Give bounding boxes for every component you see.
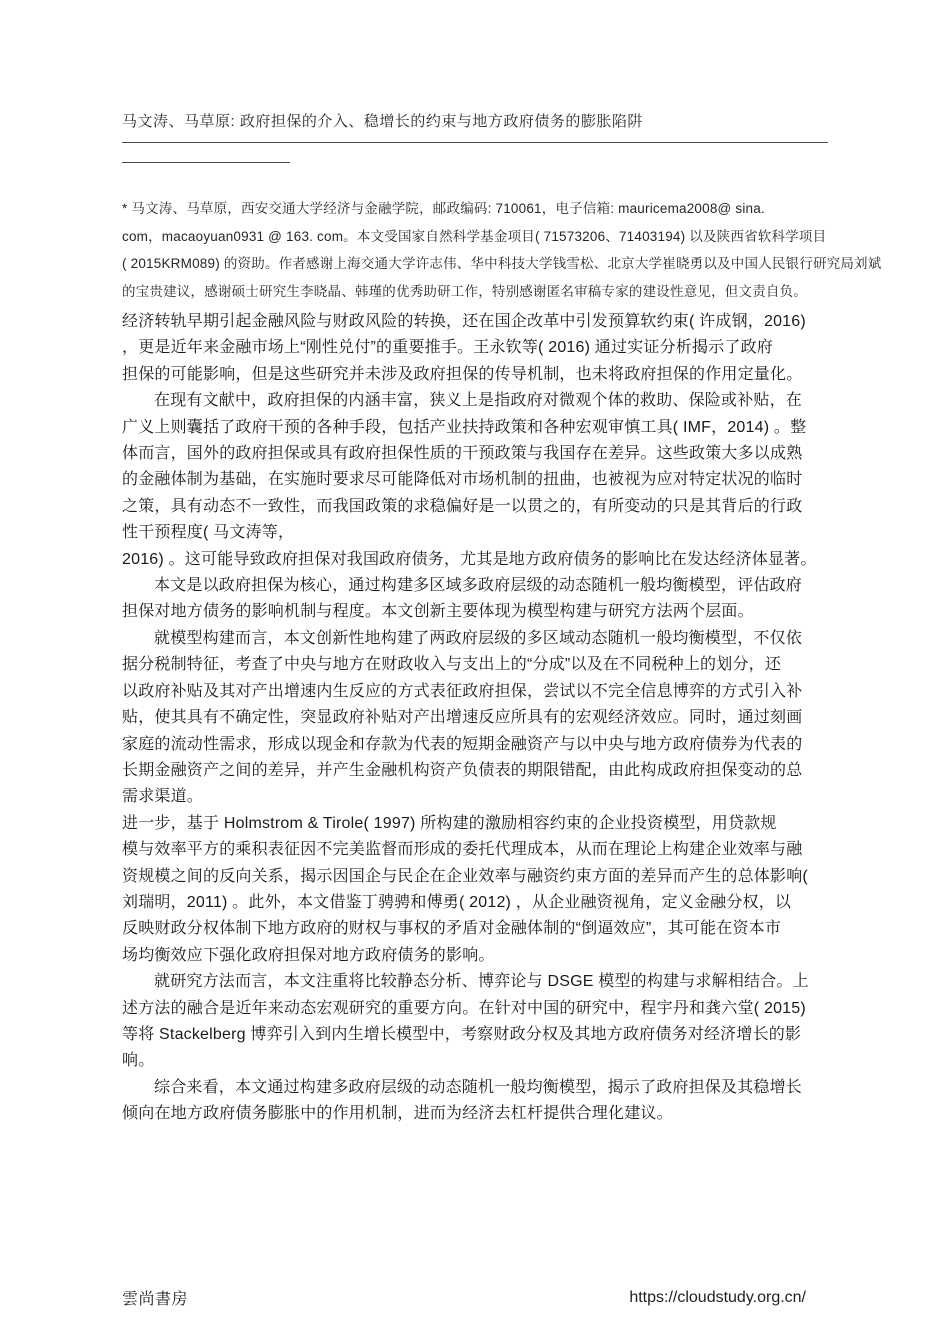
body-line: 经济转轨早期引起金融风险与财政风险的转换，还在国企改革中引发预算软约束( 许成钢… — [122, 309, 834, 335]
document-page: 马文涛、马草原: 政府担保的介入、稳增长的约束与地方政府债务的膨胀陷阱 * 马文… — [0, 0, 950, 1344]
running-head: 马文涛、马草原: 政府担保的介入、稳增长的约束与地方政府债务的膨胀陷阱 — [122, 110, 842, 131]
body-line: 需求渠道。 — [122, 784, 834, 810]
footnote-block: * 马文涛、马草原，西安交通大学经济与金融学院，邮政编码: 710061，电子信… — [122, 195, 836, 305]
body-line: 体而言，国外的政府担保或具有政府担保性质的干预政策与我国存在差异。这些政策大多以… — [122, 441, 834, 467]
body-line: 刘瑞明，2011) 。此外，本文借鉴丁骋骋和傅勇( 2012) ，从企业融资视角… — [122, 890, 834, 916]
body-line: 进一步，基于 Holmstrom & Tirole( 1997) 所构建的激励相… — [122, 811, 834, 837]
body-line: ，更是近年来金融市场上“刚性兑付”的重要推手。王永钦等( 2016) 通过实证分… — [122, 335, 834, 361]
body-line: 性干预程度( 马文涛等， — [122, 520, 834, 546]
footnote-divider — [122, 162, 290, 163]
body-line: 之策，具有动态不一致性，而我国政策的求稳偏好是一以贯之的，有所变动的只是其背后的… — [122, 494, 834, 520]
body-line: 贴，使其具有不确定性，突显政府补贴对产出增速反应所具有的宏观经济效应。同时，通过… — [122, 705, 834, 731]
body-line: 就模型构建而言，本文创新性地构建了两政府层级的多区域动态随机一般均衡模型，不仅依 — [122, 626, 834, 652]
body-line: 综合来看，本文通过构建多政府层级的动态随机一般均衡模型，揭示了政府担保及其稳增长 — [122, 1075, 834, 1101]
body-line: 述方法的融合是近年来动态宏观研究的重要方向。在针对中国的研究中，程宇丹和龚六堂(… — [122, 996, 834, 1022]
body-line: 以政府补贴及其对产出增速内生反应的方式表征政府担保，尝试以不完全信息博弈的方式引… — [122, 679, 834, 705]
body-line: 广义上则囊括了政府干预的各种手段，包括产业扶持政策和各种宏观审慎工具( IMF，… — [122, 415, 834, 441]
body-line: 2016) 。这可能导致政府担保对我国政府债务，尤其是地方政府债务的影响比在发达… — [122, 547, 834, 573]
body-line: 等将 Stackelberg 博弈引入到内生增长模型中，考察财政分权及其地方政府… — [122, 1022, 834, 1048]
body-line: 长期金融资产之间的差异，并产生金融机构资产负债表的期限错配，由此构成政府担保变动… — [122, 758, 834, 784]
page-footer: 雲尚書房 https://cloudstudy.org.cn/ — [122, 1286, 830, 1309]
body-line: 在现有文献中，政府担保的内涵丰富，狭义上是指政府对微观个体的救助、保险或补贴，在 — [122, 388, 834, 414]
footer-url-link[interactable]: https://cloudstudy.org.cn/ — [629, 1289, 806, 1307]
footnote-line: com，macaoyuan0931 @ 163. com。本文受国家自然科学基金… — [122, 223, 836, 251]
body-line: 本文是以政府担保为核心，通过构建多区域多政府层级的动态随机一般均衡模型，评估政府 — [122, 573, 834, 599]
body-line: 倾向在地方政府债务膨胀中的作用机制，进而为经济去杠杆提供合理化建议。 — [122, 1101, 834, 1127]
body-text: 经济转轨早期引起金融风险与财政风险的转换，还在国企改革中引发预算软约束( 许成钢… — [122, 309, 834, 1128]
body-line: 就研究方法而言，本文注重将比较静态分析、博弈论与 DSGE 模型的构建与求解相结… — [122, 969, 834, 995]
footnote-line: ( 2015KRM089) 的资助。作者感谢上海交通大学许志伟、华中科技大学钱雪… — [122, 250, 836, 278]
body-line: 家庭的流动性需求，形成以现金和存款为代表的短期金融资产与以中央与地方政府债券为代… — [122, 732, 834, 758]
footnote-line: * 马文涛、马草原，西安交通大学经济与金融学院，邮政编码: 710061，电子信… — [122, 195, 836, 223]
body-line: 资规模之间的反向关系，揭示因国企与民企在企业效率与融资约束方面的差异而产生的总体… — [122, 864, 834, 890]
body-line: 反映财政分权体制下地方政府的财权与事权的矛盾对金融体制的“倒逼效应”，其可能在资… — [122, 916, 834, 942]
body-line: 担保对地方债务的影响机制与程度。本文创新主要体现为模型构建与研究方法两个层面。 — [122, 599, 834, 625]
body-line: 模与效率平方的乘积表征因不完美监督而形成的委托代理成本，从而在理论上构建企业效率… — [122, 837, 834, 863]
body-line: 的金融体制为基础，在实施时要求尽可能降低对市场机制的扭曲，也被视为应对特定状况的… — [122, 467, 834, 493]
body-line: 响。 — [122, 1048, 834, 1074]
footer-brand: 雲尚書房 — [122, 1286, 188, 1309]
header-divider — [122, 142, 828, 143]
footnote-line: 的宝贵建议，感谢硕士研究生李晓晶、韩瑾的优秀助研工作，特别感谢匿名审稿专家的建设… — [122, 278, 836, 306]
body-line: 担保的可能影响，但是这些研究并未涉及政府担保的传导机制，也未将政府担保的作用定量… — [122, 362, 834, 388]
body-line: 据分税制特征，考查了中央与地方在财政收入与支出上的“分成”以及在不同税种上的划分… — [122, 652, 834, 678]
body-line: 场均衡效应下强化政府担保对地方政府债务的影响。 — [122, 943, 834, 969]
